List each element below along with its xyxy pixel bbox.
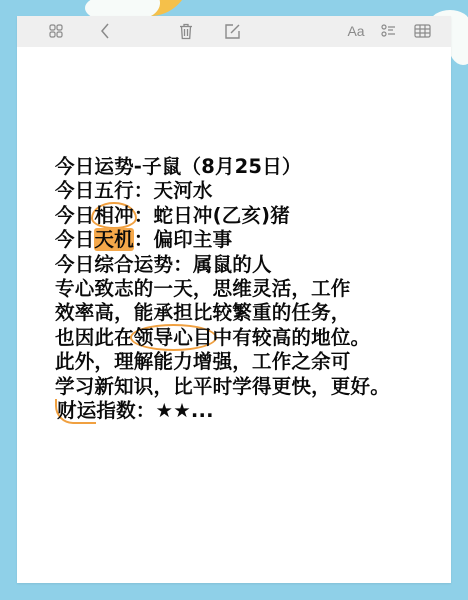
note-line: 今日天机：偏印主事 xyxy=(55,228,445,252)
text-span: ：蛇日冲(乙亥)猪 xyxy=(134,204,290,227)
text-span: 也因此在 xyxy=(55,326,134,349)
format-text-button[interactable]: Aa xyxy=(344,21,368,41)
cloud-decoration xyxy=(448,20,468,65)
note-card: Aa 今日运势-子鼠（8月25日） 今日五行：天河水 今日相冲：蛇日冲(乙亥)猪… xyxy=(17,16,451,583)
compose-icon[interactable] xyxy=(221,21,243,41)
note-body[interactable]: 今日运势-子鼠（8月25日） 今日五行：天河水 今日相冲：蛇日冲(乙亥)猪 今日… xyxy=(55,155,445,423)
text-span: 指数：★★... xyxy=(96,399,213,422)
notes-toolbar: Aa xyxy=(17,16,451,47)
grid-view-icon[interactable] xyxy=(45,21,67,41)
highlighted-annotation: 天机 xyxy=(94,228,133,251)
note-title-line: 今日运势-子鼠（8月25日） xyxy=(55,155,445,179)
note-line: 今日综合运势：属鼠的人 xyxy=(55,253,445,277)
circled-annotation: 领导心目 xyxy=(130,324,217,351)
chevron-left-icon[interactable] xyxy=(94,21,116,41)
note-line: 今日相冲：蛇日冲(乙亥)猪 xyxy=(55,204,445,228)
table-icon[interactable] xyxy=(411,21,433,41)
note-line: 财运指数：★★... xyxy=(55,399,445,423)
text-span: ：偏印主事 xyxy=(134,228,233,251)
note-line: 效率高，能承担比较繁重的任务， xyxy=(55,301,445,325)
circled-annotation: 财运 xyxy=(55,399,96,424)
text-span: 今日 xyxy=(55,228,94,251)
circled-annotation: 相冲 xyxy=(91,202,136,229)
note-line: 也因此在领导心目中有较高的地位。 xyxy=(55,326,445,350)
text-span: 今日 xyxy=(55,204,94,227)
trash-icon[interactable] xyxy=(175,21,197,41)
text-span: 中有较高的地位。 xyxy=(213,326,371,349)
note-line: 此外，理解能力增强，工作之余可 xyxy=(55,350,445,374)
note-line: 专心致志的一天，思维灵活，工作 xyxy=(55,277,445,301)
checklist-icon[interactable] xyxy=(377,21,399,41)
note-line: 今日五行：天河水 xyxy=(55,179,445,203)
note-line: 学习新知识，比平时学得更快，更好。 xyxy=(55,375,445,399)
